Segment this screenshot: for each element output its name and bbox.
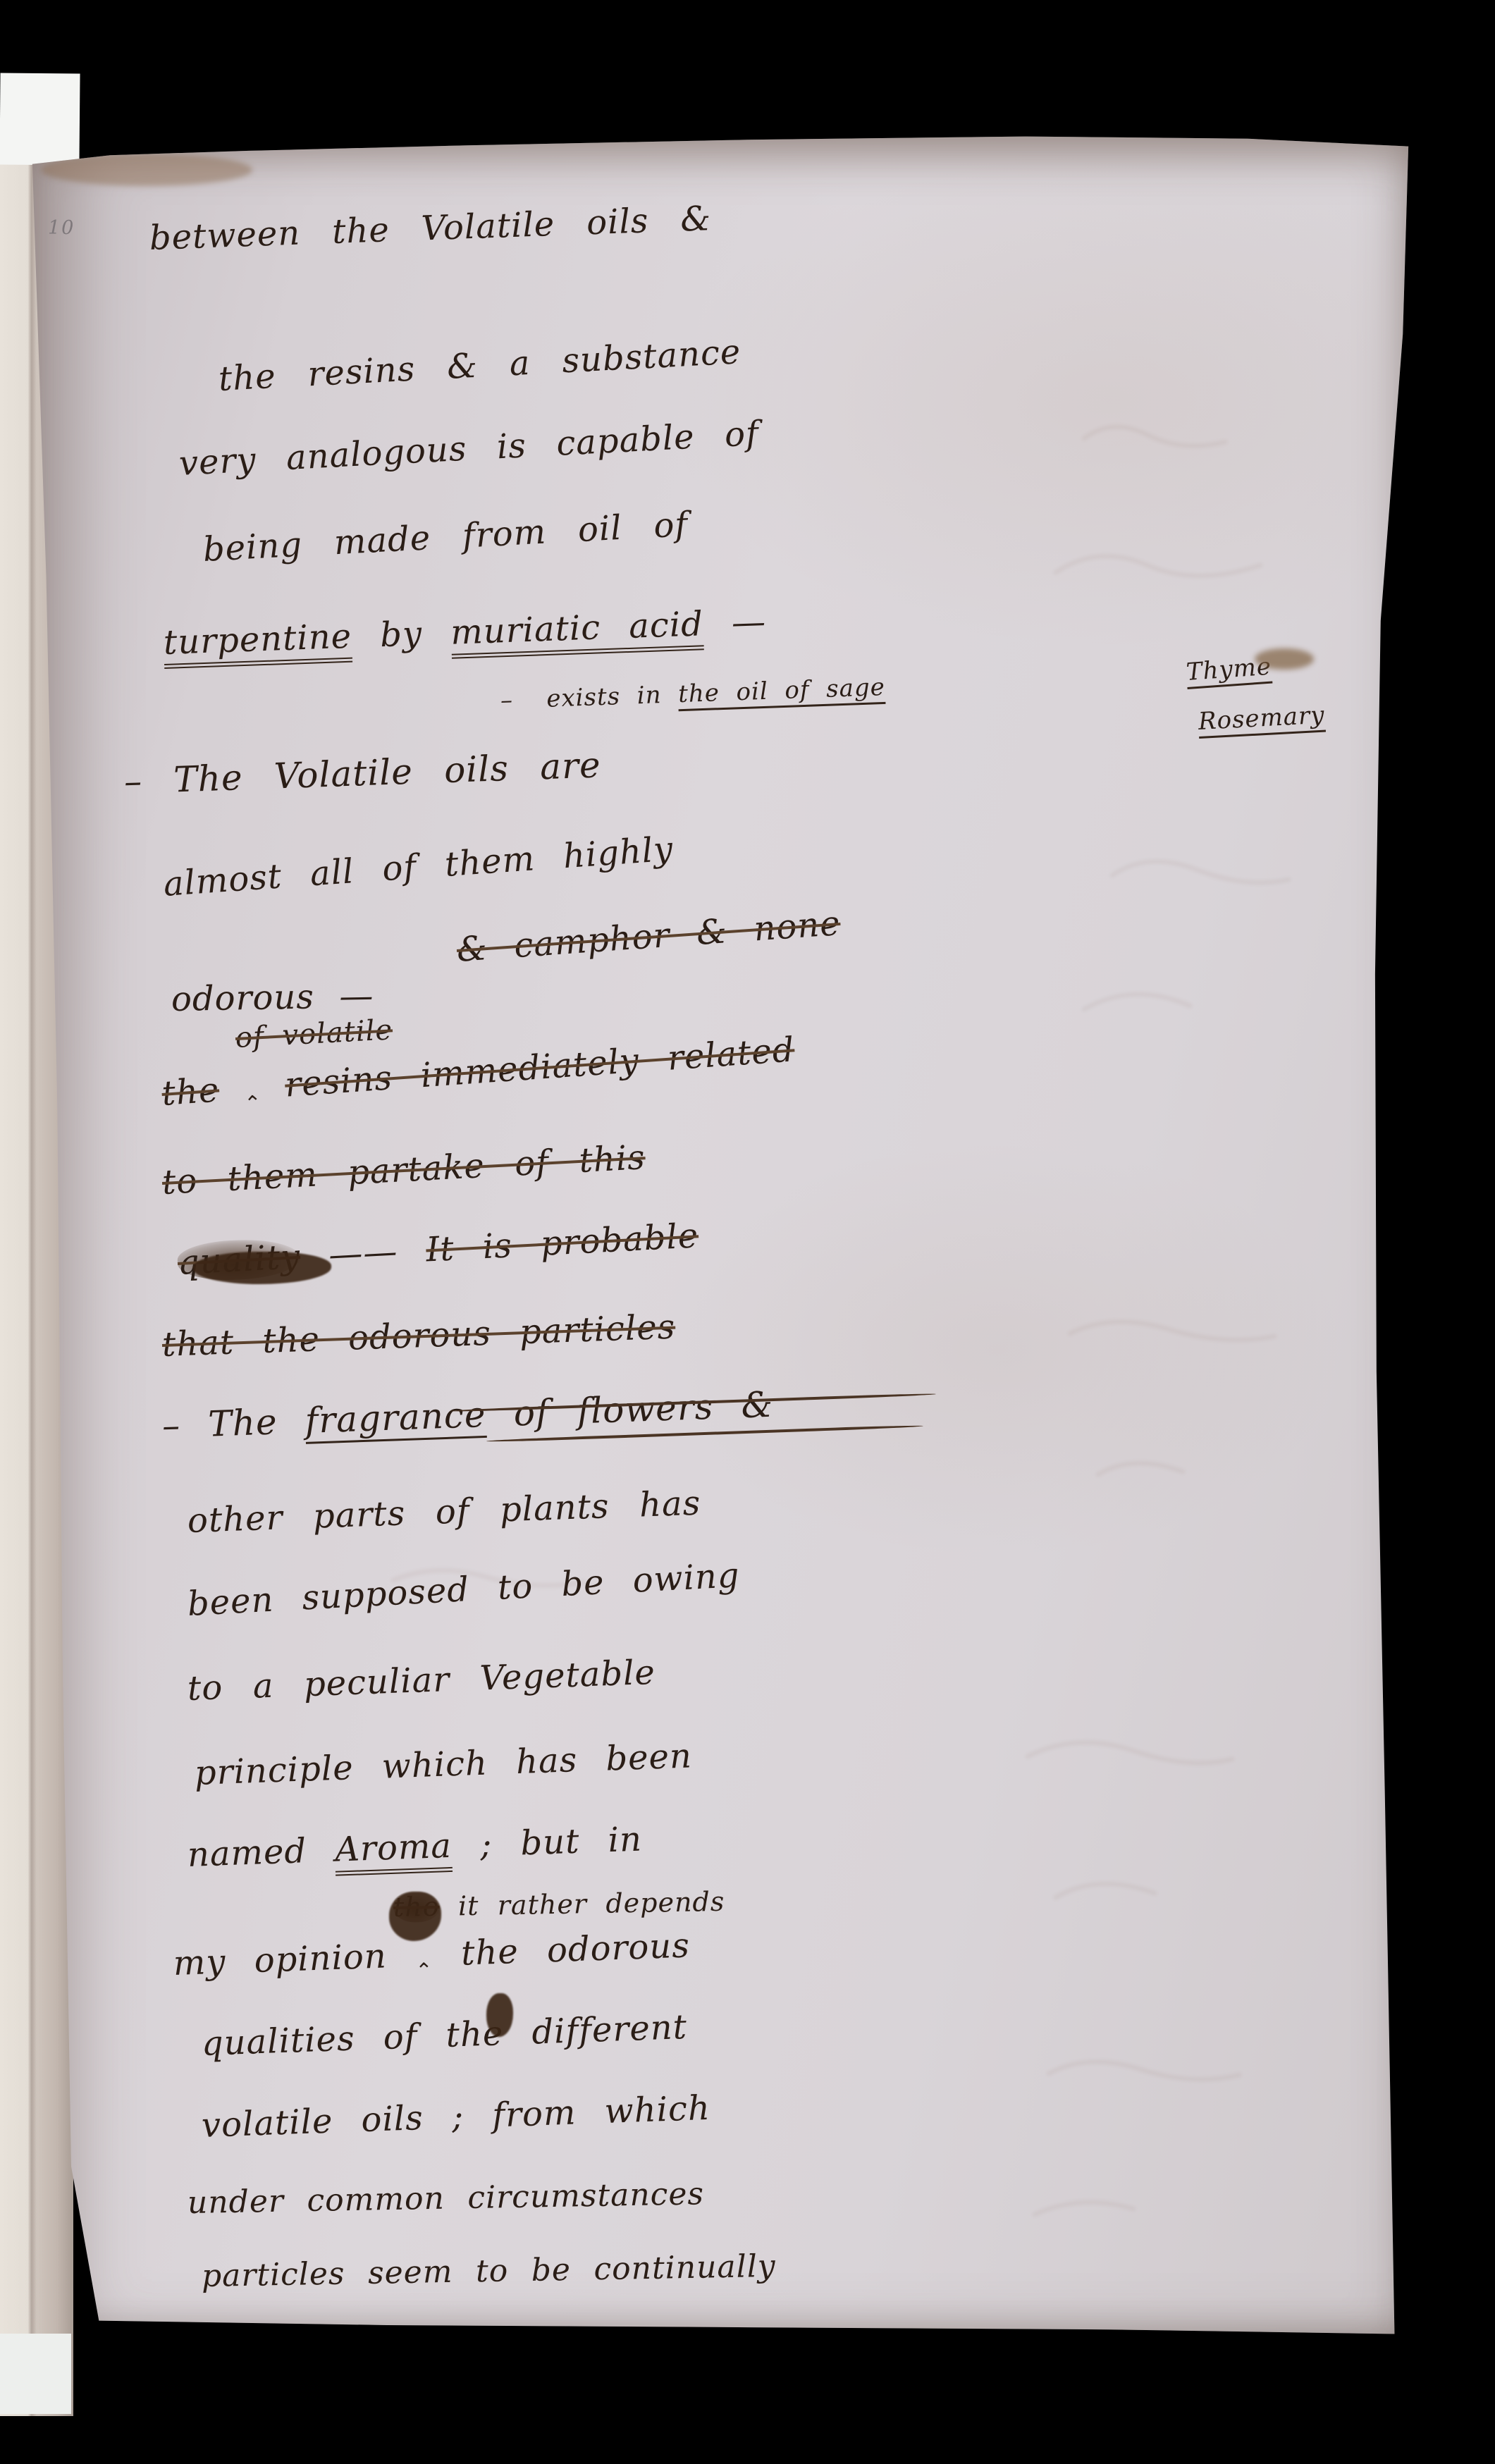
manuscript-line: & camphor & none bbox=[455, 904, 842, 970]
manuscript-text: other parts of plants has bbox=[187, 1484, 701, 1541]
manuscript-photo: { "page": { "page_number": "10", "backgr… bbox=[0, 0, 1495, 2464]
manuscript-text: – exists in bbox=[500, 680, 679, 715]
manuscript-text: it rather bbox=[439, 1888, 606, 1922]
manuscript-text: fragrance bbox=[304, 1394, 487, 1444]
manuscript-line: turpentine by muriatic acid — bbox=[163, 602, 767, 663]
manuscript-text: principle which has been bbox=[194, 1736, 693, 1793]
manuscript-line: qualities of the different bbox=[201, 2007, 688, 2064]
manuscript-text: muriatic acid bbox=[450, 604, 704, 658]
manuscript-line: volatile oils ; from which bbox=[201, 2088, 711, 2145]
manuscript-line: being made from oil of bbox=[202, 505, 689, 569]
manuscript-text: particles seem to be continually bbox=[202, 2248, 777, 2294]
manuscript-line: that the odorous particles bbox=[161, 1307, 676, 1365]
manuscript-text: that the odorous particles bbox=[161, 1307, 676, 1365]
manuscript-line: to them partake of this bbox=[161, 1138, 646, 1202]
manuscript-text: being made from oil of bbox=[202, 505, 689, 569]
manuscript-text: the resins & a substance bbox=[218, 332, 742, 399]
ink-smudge bbox=[1255, 648, 1314, 670]
manuscript-line: other parts of plants has bbox=[187, 1484, 701, 1541]
manuscript-text: Rosemary bbox=[1198, 701, 1326, 739]
manuscript-text: under common circumstances bbox=[187, 2176, 705, 2221]
manuscript-line: – exists in the oil of sage bbox=[500, 673, 885, 715]
manuscript-line: – The fragrance of flowers & bbox=[161, 1384, 774, 1446]
paper-tab-bottom bbox=[0, 2334, 71, 2414]
manuscript-text: to them partake of this bbox=[161, 1138, 646, 1202]
manuscript-text: the bbox=[161, 1070, 221, 1114]
manuscript-text: named bbox=[187, 1830, 336, 1875]
manuscript-text: almost all of them highly bbox=[162, 830, 675, 904]
manuscript-text: odorous — bbox=[171, 976, 374, 1019]
manuscript-line: very analogous is capable of bbox=[178, 414, 761, 483]
manuscript-line: of volatile bbox=[235, 1014, 393, 1054]
manuscript-text: by bbox=[351, 613, 451, 656]
manuscript-line: named Aroma ; but in bbox=[187, 1819, 643, 1874]
manuscript-line: tho it rather depends bbox=[393, 1886, 725, 1923]
manuscript-line: my opinion ⌃ the odorous bbox=[173, 1926, 691, 1990]
paper-tab-top bbox=[0, 73, 80, 166]
manuscript-text: ⌃ bbox=[219, 1089, 287, 1117]
manuscript-line: the resins & a substance bbox=[218, 332, 742, 399]
manuscript-text: of volatile bbox=[235, 1014, 393, 1054]
manuscript-text: to a peculiar Vegetable bbox=[187, 1653, 656, 1708]
manuscript-line: under common circumstances bbox=[187, 2176, 705, 2221]
manuscript-text: It is probable bbox=[425, 1216, 700, 1269]
manuscript-text: ⌃ bbox=[415, 1958, 433, 1983]
manuscript-text: turpentine bbox=[163, 617, 352, 669]
manuscript-text: volatile oils ; from which bbox=[201, 2088, 711, 2145]
manuscript-line: to a peculiar Vegetable bbox=[187, 1653, 656, 1708]
manuscript-text: qualities of the different bbox=[201, 2007, 688, 2064]
manuscript-text: — bbox=[703, 602, 767, 643]
manuscript-text: – The Volatile oils are bbox=[123, 744, 601, 802]
manuscript-text: Aroma bbox=[334, 1826, 453, 1876]
manuscript-text: – The bbox=[161, 1400, 306, 1446]
manuscript-text: been supposed to be owing bbox=[187, 1556, 741, 1624]
manuscript-text: my opinion bbox=[173, 1935, 416, 1983]
manuscript-text: depends bbox=[605, 1886, 725, 1919]
manuscript-line: Rosemary bbox=[1198, 701, 1325, 736]
manuscript-line: between the Volatile oils & bbox=[149, 199, 712, 258]
manuscript-text: the oil of sage bbox=[677, 673, 885, 711]
manuscript-line: principle which has been bbox=[194, 1736, 693, 1793]
manuscript-text: very analogous is capable of bbox=[178, 414, 761, 483]
manuscript-line: particles seem to be continually bbox=[202, 2248, 777, 2294]
manuscript-line: been supposed to be owing bbox=[187, 1556, 741, 1624]
manuscript-line: – The Volatile oils are bbox=[123, 744, 601, 802]
manuscript-text: & camphor & none bbox=[455, 904, 842, 970]
manuscript-text: ; but in bbox=[451, 1819, 643, 1865]
manuscript-line: odorous — bbox=[171, 976, 374, 1019]
handwriting-layer: between the Volatile oils &the resins & … bbox=[27, 135, 1414, 2343]
manuscript-text: between the Volatile oils & bbox=[149, 199, 712, 258]
manuscript-text: the odorous bbox=[432, 1926, 691, 1974]
manuscript-page: 10 between the Volatile oils &the resins… bbox=[27, 135, 1414, 2343]
manuscript-line: almost all of them highly bbox=[162, 830, 675, 904]
